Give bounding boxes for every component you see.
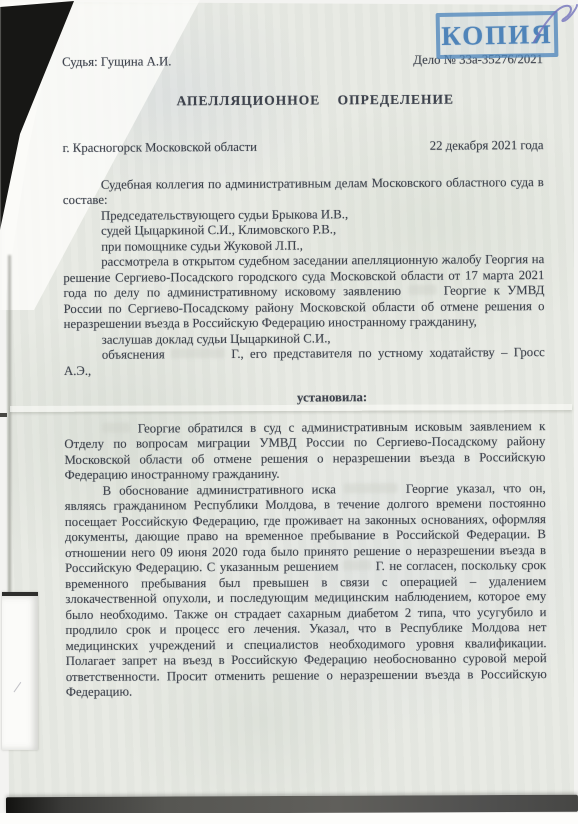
place-date-row: г. Красногорск Московской области 22 дек… (63, 138, 544, 156)
established-heading: установила: (64, 389, 545, 407)
explanations-text-1: объяснения (102, 347, 165, 361)
city-line: г. Красногорск Московской области (63, 140, 258, 157)
bottom-white-strip (0, 813, 578, 824)
scan-artifact-tick (0, 413, 7, 417)
grounds-text-1: В обоснование административного иска (103, 482, 336, 497)
redacted-name (344, 482, 398, 492)
claim-paragraph: Георгие обратился в суд с административн… (64, 419, 545, 484)
panel-paragraph: Судебная коллегия по административным де… (63, 175, 544, 209)
panel-text: Судебная коллегия по административным де… (63, 175, 544, 207)
stray-pen-mark (14, 682, 30, 698)
redacted-name (171, 348, 225, 358)
date-line: 22 декабря 2021 года (430, 138, 544, 154)
grounds-text-3: Г. не согласен, поскольку срок временног… (65, 558, 547, 699)
claim-text: Георгие обратился в суд с административн… (64, 419, 545, 482)
document-text: Судья: Гущина А.И. Дело № 33а-35276/2021… (62, 52, 547, 700)
explanations-paragraph: объяснения Г., его представителя по устн… (64, 345, 545, 379)
redacted-name (408, 285, 436, 295)
white-label-strip (2, 592, 38, 750)
grounds-paragraph: В обоснование административного иска Гео… (65, 481, 547, 701)
redacted-name (102, 422, 130, 432)
considered-paragraph: рассмотрела в открытом судебном заседани… (63, 252, 544, 332)
scanned-document-page: Судья: Гущина А.И. Дело № 33а-35276/2021… (0, 0, 578, 824)
bottom-scan-band (6, 795, 578, 814)
handwritten-mark (528, 0, 578, 46)
document-title: АПЕЛЛЯЦИОННОЕ ОПРЕДЕЛЕНИЕ (62, 91, 543, 109)
redacted-name (343, 560, 371, 570)
paper-edge-shadow (8, 255, 11, 595)
judge-line: Судья: Гущина А.И. (62, 54, 172, 70)
